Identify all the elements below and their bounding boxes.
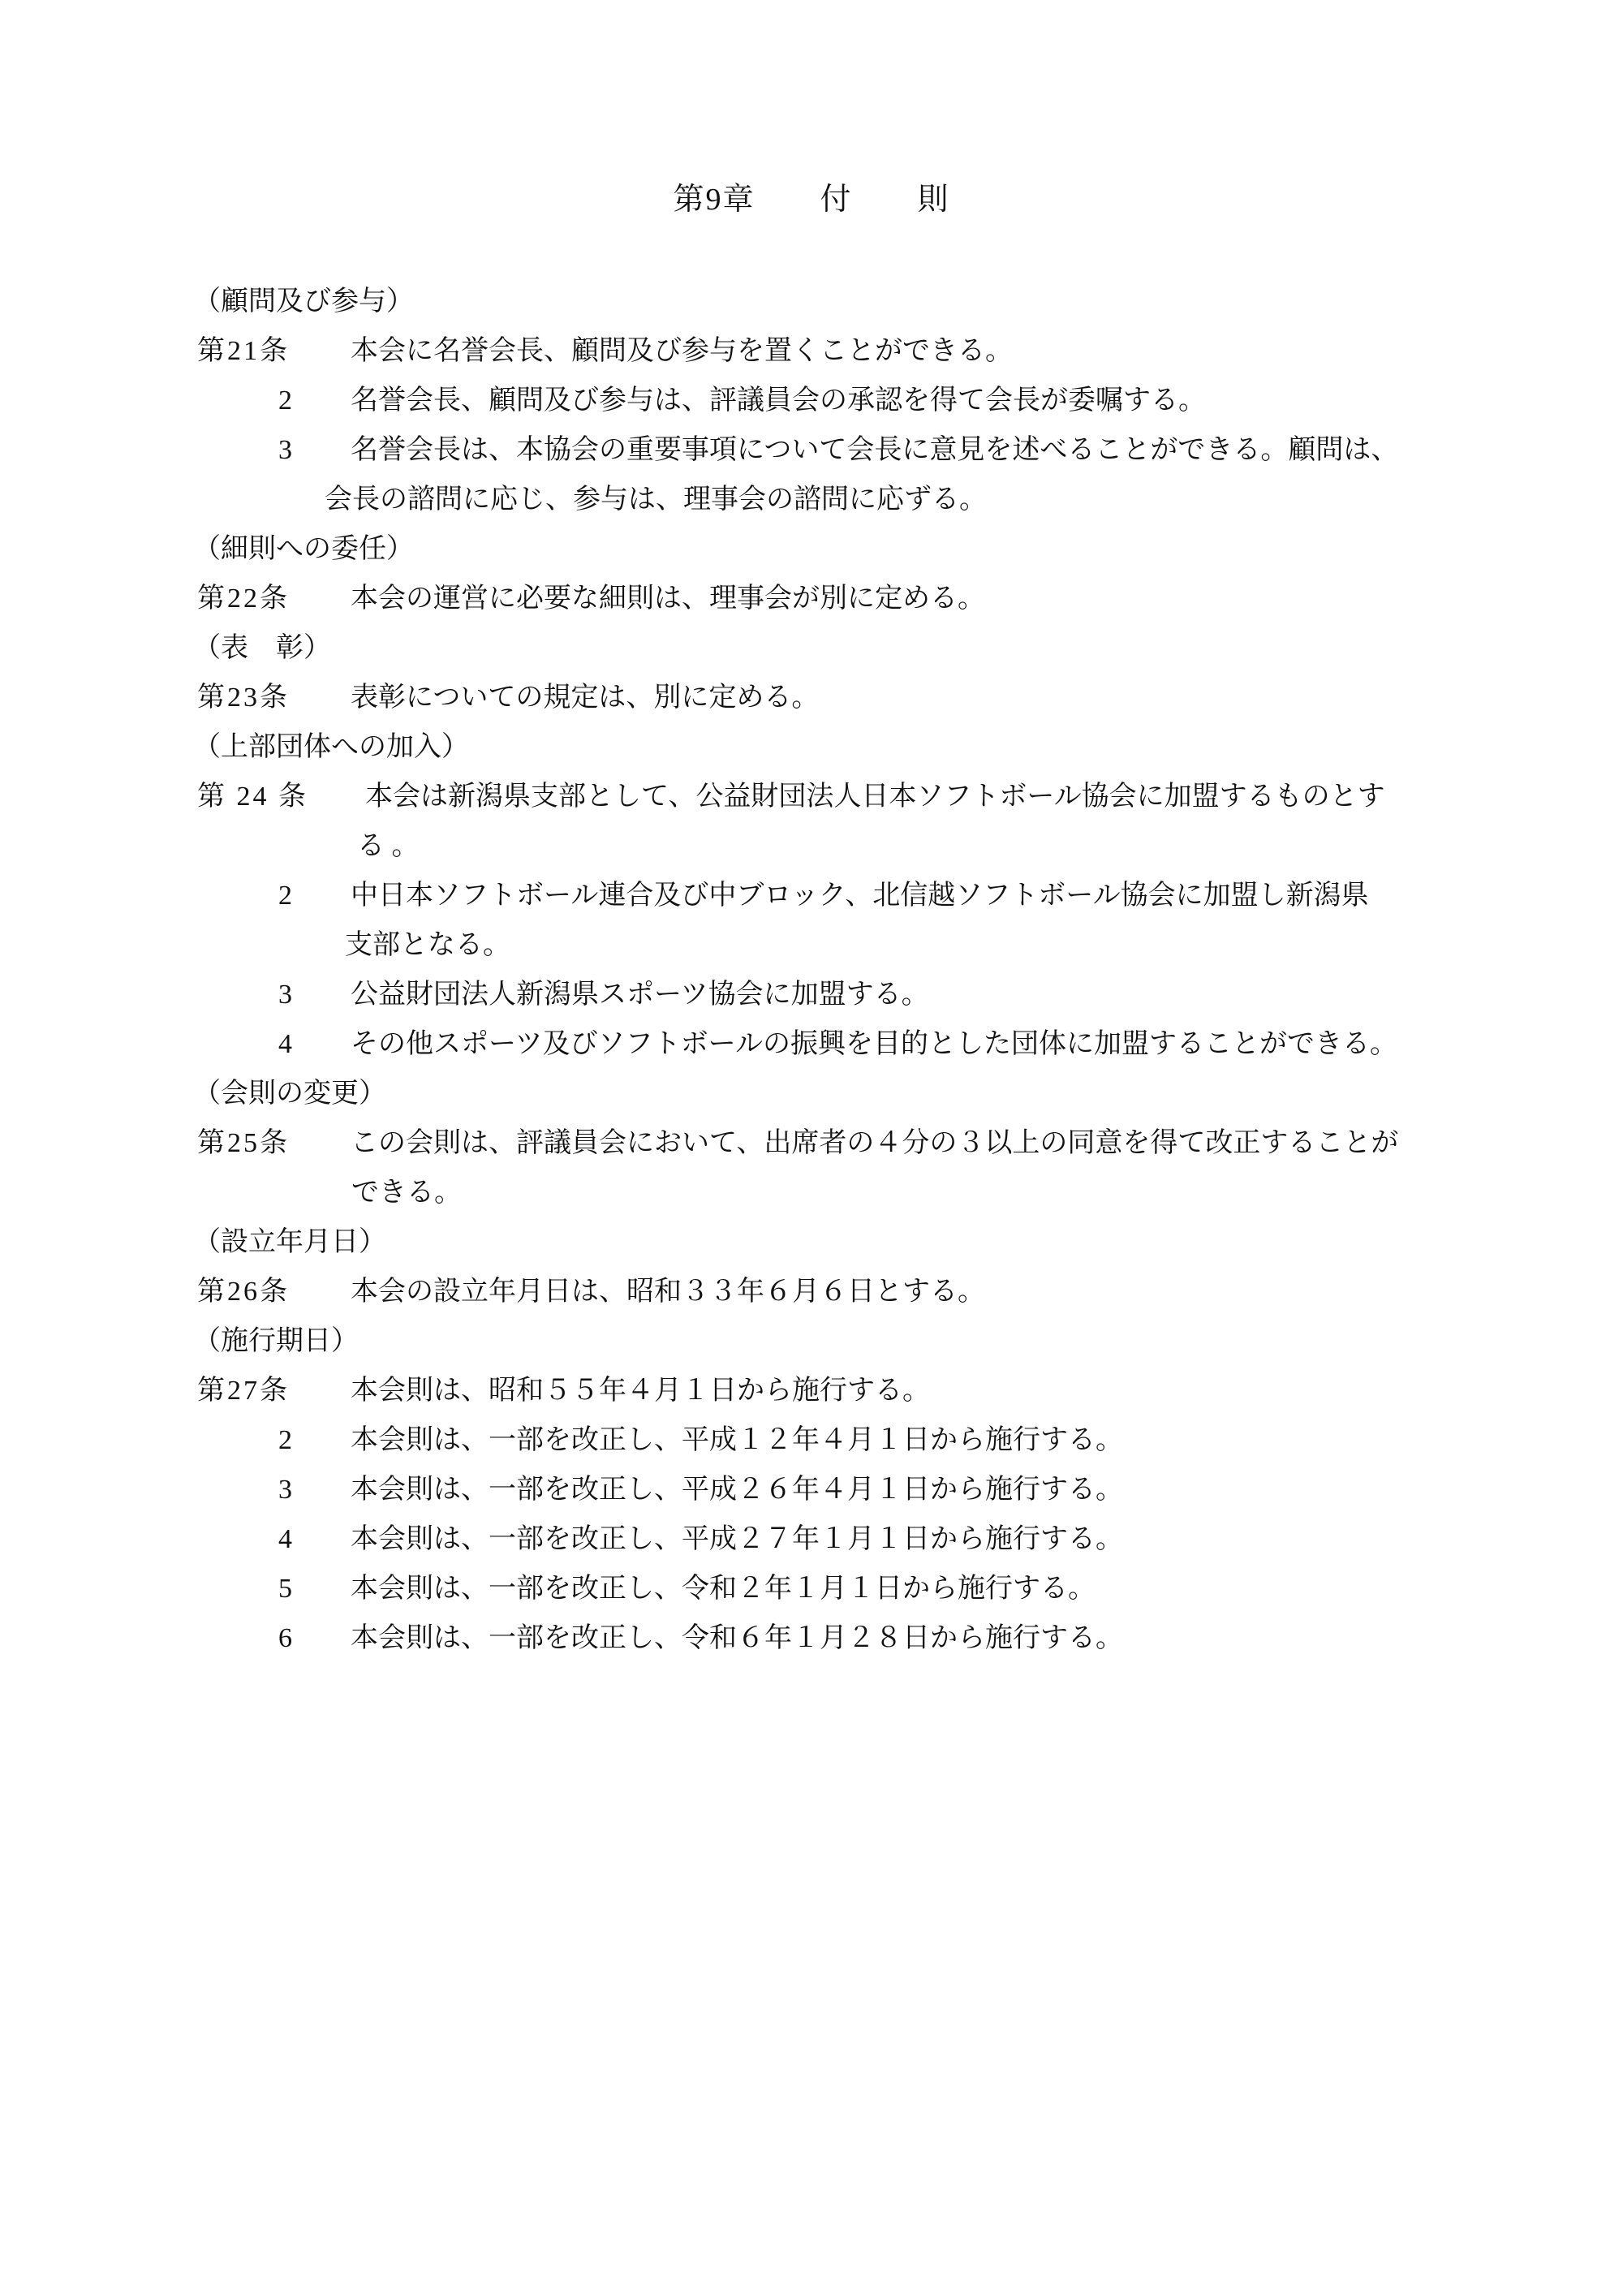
article-number: 第 24 条 [197, 772, 308, 821]
section-heading: （細則への委任） [0, 524, 1623, 574]
heading-text: （細則への委任） [193, 524, 414, 574]
line-text: 会長の諮問に応じ、参与は、理事会の諮問に応ずる。 [325, 475, 987, 524]
article-line: 第 24 条本会は新潟県支部として、公益財団法人日本ソフトボール協会に加盟するも… [0, 772, 1623, 821]
heading-text: （施行期日） [193, 1316, 359, 1366]
article-line: 第25条この会則は、評議員会において、出席者の４分の３以上の同意を得て改正するこ… [0, 1118, 1623, 1168]
article-number: 第27条 [197, 1366, 290, 1415]
line-text: 本会則は、一部を改正し、令和６年１月２８日から施行する。 [351, 1613, 1123, 1663]
line-text: 表彰についての規定は、別に定める。 [351, 673, 819, 722]
line-text: この会則は、評議員会において、出席者の４分の３以上の同意を得て改正することが [351, 1118, 1398, 1168]
line-text: 名誉会長、顧問及び参与は、評議員会の承認を得て会長が委嘱する。 [351, 376, 1206, 425]
article-number: 第22条 [197, 574, 290, 623]
line-text: 本会は新潟県支部として、公益財団法人日本ソフトボール協会に加盟するものとす [365, 772, 1385, 821]
sub-item-line: 2名誉会長、顧問及び参与は、評議員会の承認を得て会長が委嘱する。 [0, 376, 1623, 425]
heading-text: （会則の変更） [193, 1069, 386, 1118]
article-number: 第25条 [197, 1118, 290, 1168]
sub-item-number: 3 [278, 425, 292, 475]
document-body: （顧問及び参与） 第21条本会に名誉会長、顧問及び参与を置くことができる。 2名… [0, 277, 1623, 1663]
line-text: できる。 [351, 1168, 462, 1217]
line-text: 公益財団法人新潟県スポーツ協会に加盟する。 [351, 970, 929, 1019]
article-line: 第23条表彰についての規定は、別に定める。 [0, 673, 1623, 722]
line-text: 本会則は、一部を改正し、平成１２年４月１日から施行する。 [351, 1415, 1123, 1465]
line-text: 本会則は、昭和５５年４月１日から施行する。 [351, 1366, 930, 1415]
heading-text: （顧問及び参与） [193, 277, 414, 326]
article-line: 第21条本会に名誉会長、顧問及び参与を置くことができる。 [0, 326, 1623, 376]
heading-text: （設立年月日） [193, 1217, 386, 1267]
article-number: 第26条 [197, 1267, 290, 1316]
sub-item-number: 2 [278, 1415, 292, 1465]
section-heading: （表 彰） [0, 623, 1623, 673]
article-number: 第21条 [197, 326, 290, 376]
sub-item-number: 3 [278, 1465, 292, 1514]
sub-item-number: 5 [278, 1564, 292, 1613]
document-page: 第9章 付 則 （顧問及び参与） 第21条本会に名誉会長、顧問及び参与を置くこと… [0, 0, 1623, 2296]
article-line: 第27条本会則は、昭和５５年４月１日から施行する。 [0, 1366, 1623, 1415]
page-title: 第9章 付 則 [0, 182, 1623, 218]
line-text: 本会の設立年月日は、昭和３３年６月６日とする。 [351, 1267, 985, 1316]
continuation-line: 会長の諮問に応じ、参与は、理事会の諮問に応ずる。 [0, 475, 1623, 524]
section-heading: （顧問及び参与） [0, 277, 1623, 326]
sub-item-line: 3名誉会長は、本協会の重要事項について会長に意見を述べることができる。顧問は、 [0, 425, 1623, 475]
sub-item-number: 2 [278, 871, 292, 920]
continuation-line: 支部となる。 [0, 920, 1623, 970]
line-text: る 。 [357, 821, 420, 871]
article-line: 第26条本会の設立年月日は、昭和３３年６月６日とする。 [0, 1267, 1623, 1316]
article-line: 第22条本会の運営に必要な細則は、理事会が別に定める。 [0, 574, 1623, 623]
sub-item-line: 4その他スポーツ及びソフトボールの振興を目的とした団体に加盟することができる。 [0, 1019, 1623, 1069]
line-text: 中日本ソフトボール連合及び中ブロック、北信越ソフトボール協会に加盟し新潟県 [351, 871, 1369, 920]
line-text: その他スポーツ及びソフトボールの振興を目的とした団体に加盟することができる。 [351, 1019, 1397, 1069]
section-heading: （会則の変更） [0, 1069, 1623, 1118]
sub-item-number: 3 [278, 970, 292, 1019]
sub-item-line: 6本会則は、一部を改正し、令和６年１月２８日から施行する。 [0, 1613, 1623, 1663]
sub-item-number: 6 [278, 1613, 292, 1663]
sub-item-line: 5本会則は、一部を改正し、令和２年１月１日から施行する。 [0, 1564, 1623, 1613]
line-text: 支部となる。 [345, 920, 510, 970]
heading-text: （上部団体への加入） [193, 722, 469, 772]
sub-item-number: 4 [278, 1514, 292, 1564]
sub-item-line: 2本会則は、一部を改正し、平成１２年４月１日から施行する。 [0, 1415, 1623, 1465]
sub-item-line: 3公益財団法人新潟県スポーツ協会に加盟する。 [0, 970, 1623, 1019]
sub-item-number: 2 [278, 376, 292, 425]
section-heading: （施行期日） [0, 1316, 1623, 1366]
line-text: 本会則は、一部を改正し、平成２７年１月１日から施行する。 [351, 1514, 1123, 1564]
line-text: 本会に名誉会長、顧問及び参与を置くことができる。 [351, 326, 1013, 376]
article-number: 第23条 [197, 673, 290, 722]
sub-item-line: 2中日本ソフトボール連合及び中ブロック、北信越ソフトボール協会に加盟し新潟県 [0, 871, 1623, 920]
sub-item-line: 3本会則は、一部を改正し、平成２６年４月１日から施行する。 [0, 1465, 1623, 1514]
sub-item-number: 4 [278, 1019, 292, 1069]
section-heading: （設立年月日） [0, 1217, 1623, 1267]
continuation-line: る 。 [0, 821, 1623, 871]
line-text: 本会則は、一部を改正し、令和２年１月１日から施行する。 [351, 1564, 1096, 1613]
heading-text: （表 彰） [193, 623, 331, 673]
line-text: 本会の運営に必要な細則は、理事会が別に定める。 [351, 574, 985, 623]
sub-item-line: 4本会則は、一部を改正し、平成２７年１月１日から施行する。 [0, 1514, 1623, 1564]
line-text: 名誉会長は、本協会の重要事項について会長に意見を述べることができる。顧問は、 [351, 425, 1398, 475]
continuation-line: できる。 [0, 1168, 1623, 1217]
line-text: 本会則は、一部を改正し、平成２６年４月１日から施行する。 [351, 1465, 1123, 1514]
section-heading: （上部団体への加入） [0, 722, 1623, 772]
